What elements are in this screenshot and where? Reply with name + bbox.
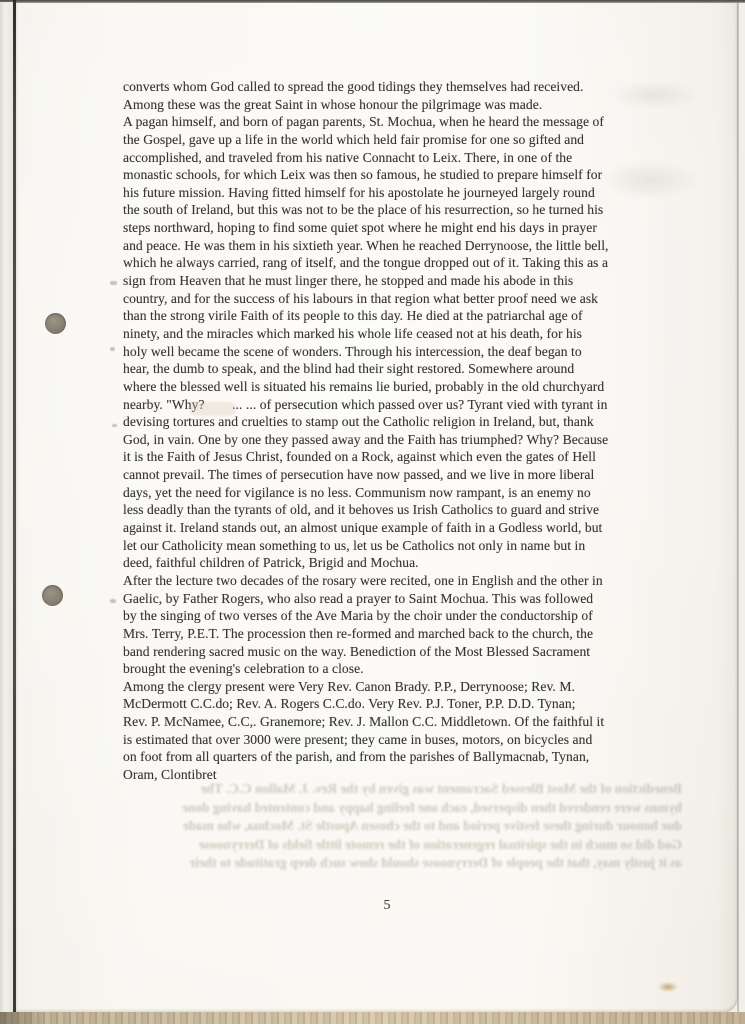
- text-line: monastic schools, for which Leix was the…: [123, 166, 691, 184]
- text-line: Among these was the great Saint in whose…: [123, 96, 691, 114]
- scan-top-edge: [0, 0, 745, 3]
- text-line: let our Catholicity mean something to us…: [123, 537, 691, 555]
- text-line: accomplished, and traveled from his nati…: [123, 149, 691, 167]
- text-line: it is the Faith of Jesus Christ, founded…: [123, 448, 691, 466]
- page-number: 5: [372, 898, 402, 914]
- text-line: Oram, Clontibret: [123, 766, 691, 784]
- text-line: Gaelic, by Father Rogers, who also read …: [123, 590, 691, 608]
- ink-speck: [110, 347, 115, 351]
- ink-speck: [112, 424, 117, 427]
- text-line: steps northward, hoping to find some qui…: [123, 219, 691, 237]
- page-binding-edge: [13, 0, 16, 1013]
- text-line: Rev. P. McNamee, C.C,. Granemore; Rev. J…: [123, 713, 691, 731]
- text-line: hear, the dumb to speak, and the blind h…: [123, 360, 691, 378]
- text-line: deed, faithful children of Patrick, Brig…: [123, 554, 691, 572]
- text-line: which he always carried, rang of itself,…: [123, 254, 691, 272]
- ink-speck: [110, 599, 116, 603]
- text-line: by the singing of two verses of the Ave …: [123, 607, 691, 625]
- text-line: God, in vain. One by one they passed awa…: [123, 431, 691, 449]
- correction-fluid-patch: [190, 402, 236, 416]
- hole-punch-bottom: [42, 585, 63, 606]
- text-line: A pagan himself, and born of pagan paren…: [123, 113, 691, 131]
- text-line: ninety, and the miracles which marked hi…: [123, 325, 691, 343]
- text-line: his future mission. Having fitted himsel…: [123, 184, 691, 202]
- text-line: Mrs. Terry, P.E.T. The procession then r…: [123, 625, 691, 643]
- scan-left-margin: [0, 2, 13, 1013]
- text-line: where the blessed well is situated his r…: [123, 378, 691, 396]
- ink-speck: [110, 281, 117, 285]
- scanned-page: Benediction of the Most Blessed Sacramen…: [0, 0, 745, 1024]
- text-line: converts whom God called to spread the g…: [123, 78, 691, 96]
- hole-punch-top: [45, 313, 66, 334]
- text-line: than the strong virile Faith of its peop…: [123, 307, 691, 325]
- paper-stain: [658, 982, 678, 992]
- text-line: Among the clergy present were Very Rev. …: [123, 678, 691, 696]
- text-line: is estimated that over 3000 were present…: [123, 731, 691, 749]
- text-line: McDermott C.C.do; Rev. A. Rogers C.C.do.…: [123, 695, 691, 713]
- text-line: cannot prevail. The times of persecution…: [123, 466, 691, 484]
- text-line: brought the evening's celebration to a c…: [123, 660, 691, 678]
- paper-right-edge: [737, 2, 739, 1012]
- text-line: on foot from all quarters of the parish,…: [123, 748, 691, 766]
- text-line: days, yet the need for vigilance is no l…: [123, 484, 691, 502]
- text-line: less deadly than the tyrants of old, and…: [123, 501, 691, 519]
- text-line: country, and for the success of his labo…: [123, 290, 691, 308]
- text-line: the Gospel, gave up a life in the world …: [123, 131, 691, 149]
- document-text-block: converts whom God called to spread the g…: [123, 78, 691, 784]
- text-line: the south of Ireland, but this was not t…: [123, 201, 691, 219]
- text-line: against it. Ireland stands out, an almos…: [123, 519, 691, 537]
- text-line: and peace. He was them in his sixtieth y…: [123, 237, 691, 255]
- text-line: sign from Heaven that he must linger the…: [123, 272, 691, 290]
- text-line: band rendering sacred music on the way. …: [123, 643, 691, 661]
- scanner-bottom-strip-shading: [0, 1012, 745, 1024]
- text-line: holy well became the scene of wonders. T…: [123, 343, 691, 361]
- text-line: After the lecture two decades of the ros…: [123, 572, 691, 590]
